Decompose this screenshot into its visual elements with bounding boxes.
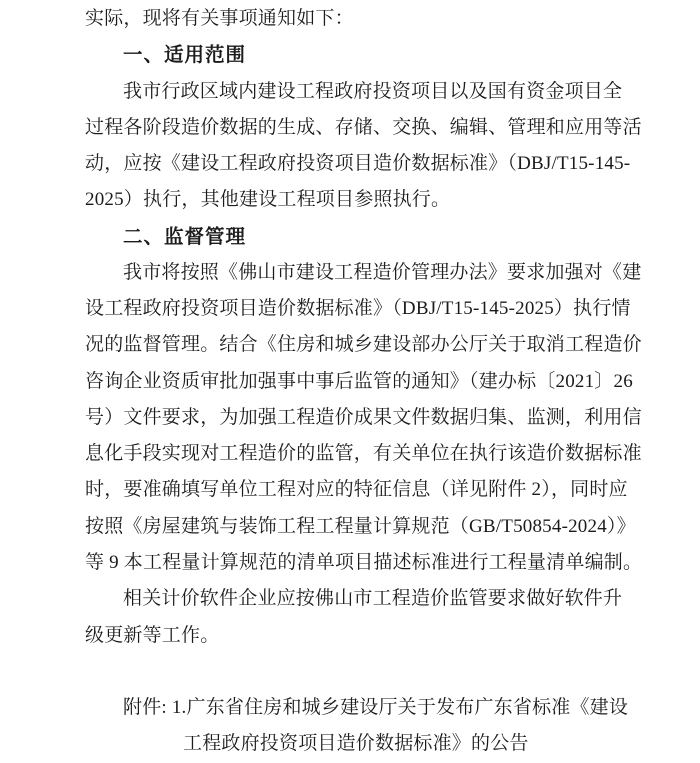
intro-continuation-line: 实际，现将有关事项通知如下： xyxy=(85,1,700,37)
para-1-line-4: 2025）执行，其他建设工程项目参照执行。 xyxy=(85,182,700,218)
attachment-line-2: 工程政府投资项目造价数据标准》的公告 xyxy=(85,726,700,762)
para-2-line-6: 息化手段实现对工程造价的监管，有关单位在执行该造价数据标准 xyxy=(85,436,700,472)
para-2-line-8: 按照《房屋建筑与装饰工程工程量计算规范（GB/T50854-2024）》 xyxy=(85,509,700,545)
para-2-line-4: 咨询企业资质审批加强事中事后监管的通知》（建办标〔2021〕26 xyxy=(85,364,700,400)
para-2-line-5: 号）文件要求，为加强工程造价成果文件数据归集、监测，利用信 xyxy=(85,400,700,436)
para-3-line-1: 相关计价软件企业应按佛山市工程造价监管要求做好软件升 xyxy=(85,581,700,617)
para-2-line-9: 等 9 本工程量计算规范的清单项目描述标准进行工程量清单编制。 xyxy=(85,545,700,581)
para-1-line-2: 过程各阶段造价数据的生成、存储、交换、编辑、管理和应用等活 xyxy=(85,110,700,146)
section-2-heading: 二、监督管理 xyxy=(85,219,700,255)
attachment-line-1: 附件: 1.广东省住房和城乡建设厅关于发布广东省标准《建设 xyxy=(85,690,700,726)
blank-line xyxy=(85,654,700,690)
para-1-line-1: 我市行政区域内建设工程政府投资项目以及国有资金项目全 xyxy=(85,74,700,110)
para-3-line-2: 级更新等工作。 xyxy=(85,618,700,654)
para-2-line-3: 况的监督管理。结合《住房和城乡建设部办公厅关于取消工程造价 xyxy=(85,327,700,363)
para-2-line-1: 我市将按照《佛山市建设工程造价管理办法》要求加强对《建 xyxy=(85,255,700,291)
para-1-line-3: 动，应按《建设工程政府投资项目造价数据标准》（DBJ/T15-145- xyxy=(85,146,700,182)
para-2-line-2: 设工程政府投资项目造价数据标准》（DBJ/T15-145-2025）执行情 xyxy=(85,291,700,327)
document-page: 实际，现将有关事项通知如下： 一、适用范围 我市行政区域内建设工程政府投资项目以… xyxy=(0,0,700,763)
section-1-heading: 一、适用范围 xyxy=(85,37,700,73)
para-2-line-7: 时，要准确填写单位工程对应的特征信息（详见附件 2），同时应 xyxy=(85,472,700,508)
